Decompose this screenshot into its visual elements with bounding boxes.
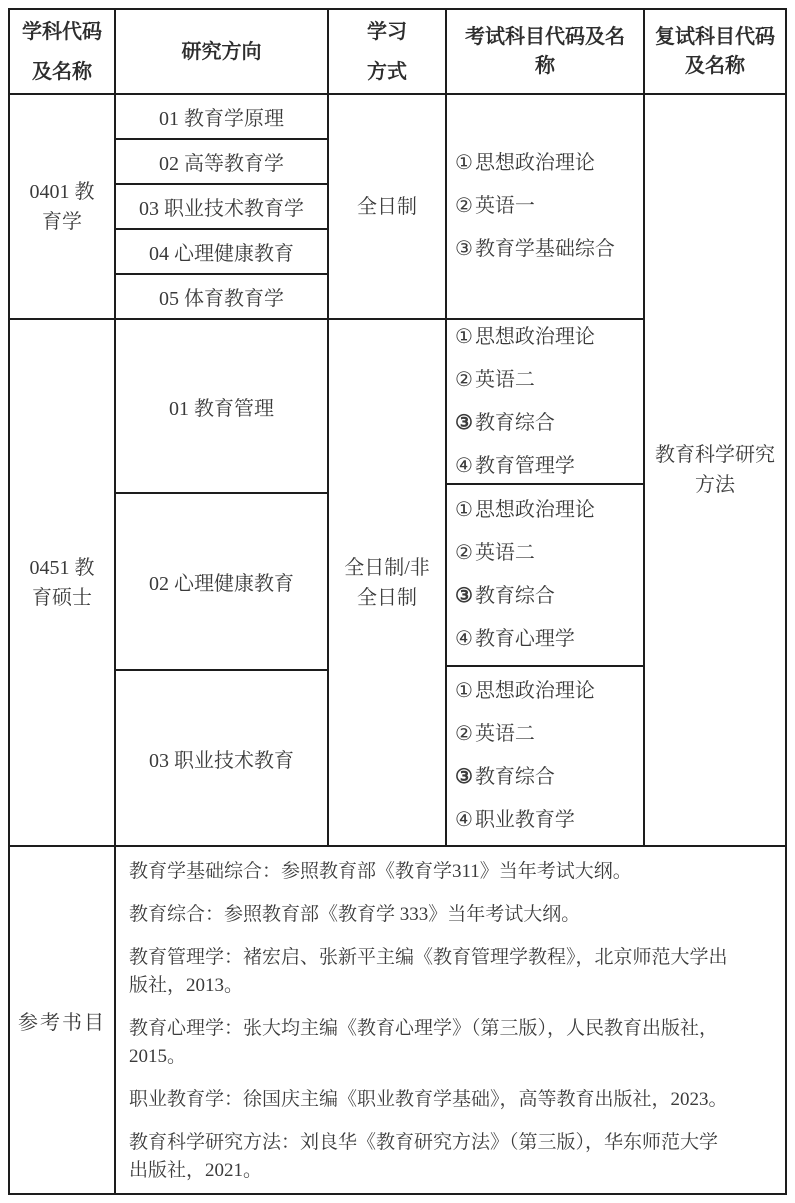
references-label: 参考书目 xyxy=(10,847,114,1193)
exam-subject-line: ④教育管理学 xyxy=(455,445,643,488)
column-retest-subjects: 复试科目代码及名称 教育科学研究方法 xyxy=(643,10,785,845)
direction-0401-02: 02 高等教育学 xyxy=(116,140,327,185)
column-subject-code: 学科代码及名称 0401 教育学 0451 教育硕士 xyxy=(10,10,114,845)
reference-item-6: 教育科学研究方法：刘良华《教育研究方法》（第三版），华东师范大学出版社，2021… xyxy=(129,1129,773,1185)
references-content: 教育学基础综合：参照教育部《教育学311》当年考试大纲。 教育综合：参照教育部《… xyxy=(114,847,785,1193)
exam-cell-0451-01: ①思想政治理论②英语二③教育综合④教育管理学 xyxy=(447,320,643,485)
cell-retest-subject: 教育科学研究方法 xyxy=(645,95,785,845)
exam-subject-line: ②英语一 xyxy=(455,185,643,228)
exam-cell-0451-03: ①思想政治理论②英语二③教育综合④职业教育学 xyxy=(447,667,643,845)
exam-subject-line: ③教育综合 xyxy=(455,402,643,445)
exam-subject-line: ③教育综合 xyxy=(455,756,643,799)
exam-subject-line: ③教育综合 xyxy=(455,575,643,618)
exam-subject-line: ②英语二 xyxy=(455,359,643,402)
header-retest-subjects: 复试科目代码及名称 xyxy=(645,10,785,95)
page: 学科代码及名称 0401 教育学 0451 教育硕士 研究方向 01 教育学原理… xyxy=(0,0,795,1203)
cell-code-0401: 0401 教育学 xyxy=(10,95,114,320)
exam-subject-line: ④教育心理学 xyxy=(455,618,643,661)
exam-subject-line: ①思想政治理论 xyxy=(455,670,643,713)
reference-item-2: 教育综合：参照教育部《教育学 333》当年考试大纲。 xyxy=(129,901,773,929)
exam-subject-line: ②英语二 xyxy=(455,713,643,756)
direction-0451-03: 03 职业技术教育 xyxy=(116,671,327,845)
cell-study-mode-0451: 全日制/非全日制 xyxy=(329,320,445,845)
reference-item-3: 教育管理学：褚宏启、张新平主编《教育管理学教程》，北京师范大学出版社，2013。 xyxy=(129,944,773,1000)
direction-0401-01: 01 教育学原理 xyxy=(116,95,327,140)
exam-subject-line: ①思想政治理论 xyxy=(455,316,643,359)
header-exam-subjects: 考试科目代码及名称 xyxy=(447,10,643,95)
column-exam-subjects: 考试科目代码及名称 ①思想政治理论②英语一③教育学基础综合 ①思想政治理论②英语… xyxy=(445,10,643,845)
reference-item-1: 教育学基础综合：参照教育部《教育学311》当年考试大纲。 xyxy=(129,858,773,886)
reference-item-5: 职业教育学：徐国庆主编《职业教育学基础》，高等教育出版社，2023。 xyxy=(129,1086,773,1114)
direction-0451-01: 01 教育管理 xyxy=(116,320,327,494)
reference-item-4: 教育心理学：张大均主编《教育心理学》（第三版），人民教育出版社，2015。 xyxy=(129,1015,773,1071)
column-study-mode: 学习方式 全日制 全日制/非全日制 xyxy=(327,10,445,845)
column-research-direction: 研究方向 01 教育学原理 02 高等教育学 03 职业技术教育学 04 心理健… xyxy=(114,10,327,845)
header-subject-code: 学科代码及名称 xyxy=(10,10,114,95)
header-study-mode: 学习方式 xyxy=(329,10,445,95)
cell-code-0451: 0451 教育硕士 xyxy=(10,320,114,845)
cell-study-mode-0401: 全日制 xyxy=(329,95,445,320)
header-research-direction: 研究方向 xyxy=(116,10,327,95)
table-main-section: 学科代码及名称 0401 教育学 0451 教育硕士 研究方向 01 教育学原理… xyxy=(10,10,785,845)
exam-cell-0451-02: ①思想政治理论②英语二③教育综合④教育心理学 xyxy=(447,485,643,667)
exam-subject-line: ③教育学基础综合 xyxy=(455,228,643,271)
direction-0401-03: 03 职业技术教育学 xyxy=(116,185,327,230)
direction-0451-02: 02 心理健康教育 xyxy=(116,494,327,671)
exam-subject-line: ④职业教育学 xyxy=(455,799,643,842)
exam-cell-0401: ①思想政治理论②英语一③教育学基础综合 xyxy=(447,95,643,320)
admission-subjects-table: 学科代码及名称 0401 教育学 0451 教育硕士 研究方向 01 教育学原理… xyxy=(8,8,787,1195)
direction-0401-05: 05 体育教育学 xyxy=(116,275,327,320)
exam-subject-line: ②英语二 xyxy=(455,532,643,575)
exam-subject-line: ①思想政治理论 xyxy=(455,489,643,532)
references-row: 参考书目 教育学基础综合：参照教育部《教育学311》当年考试大纲。 教育综合：参… xyxy=(10,845,785,1193)
direction-0401-04: 04 心理健康教育 xyxy=(116,230,327,275)
exam-subject-line: ①思想政治理论 xyxy=(455,142,643,185)
